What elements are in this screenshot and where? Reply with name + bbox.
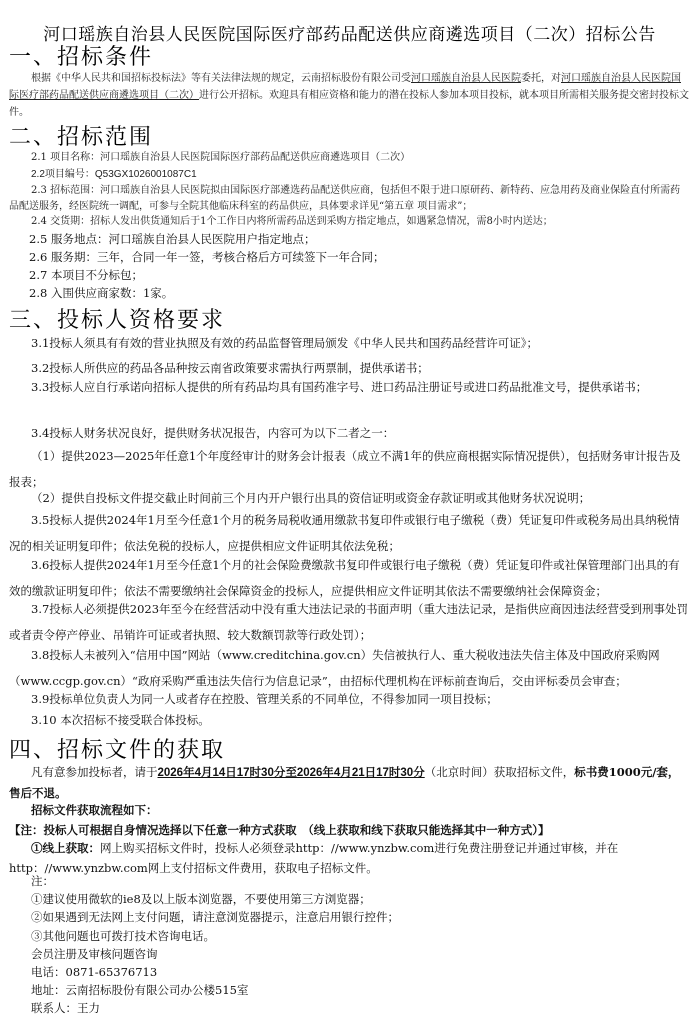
- contact-heading: 会员注册及审核问题咨询: [31, 945, 158, 963]
- section-1-intro: 根据《中华人民共和国招标投标法》等有关法律法规的规定，云南招标股份有限公司受河口…: [9, 70, 689, 121]
- period-text: （北京时间）获取招标文件，: [425, 765, 575, 779]
- scope-item: 2.4 交货期：招标人发出供货通知后于1个工作日内将所需药品送到采购方指定地点，…: [31, 215, 553, 229]
- intro-text: 委托，对: [521, 73, 561, 84]
- note-item: ①建议使用微软的ie8及以上版本浏览器，不要使用第三方浏览器；: [31, 890, 371, 908]
- announcement-page: 河口瑶族自治县人民医院国际医疗部药品配送供应商遴选项目（二次）招标公告 一、招标…: [0, 0, 699, 1036]
- section-heading-4: 四、招标文件的获取: [9, 733, 225, 764]
- process-note: 【注：投标人可根据自身情况选择以下任意一种方式获取 （线上获取和线下获取只能选择…: [9, 823, 550, 837]
- online-text: 网上购买招标文件时，投标人必须登录http：//www.ynzbw.com进行免…: [9, 841, 618, 875]
- online-label: ①线上获取：: [31, 841, 100, 855]
- qualification-item: 3.7投标人必须提供2023年至今在经营活动中没有重大违法记录的书面声明（重大违…: [9, 596, 689, 648]
- scope-item: 2.8 入围供应商家数：1家。: [29, 285, 173, 301]
- process-paragraph: 招标文件获取流程如下：【注：投标人可根据自身情况选择以下任意一种方式获取 （线上…: [9, 800, 689, 840]
- scope-item: 2.5 服务地点：河口瑶族自治县人民医院用户指定地点；: [29, 231, 315, 247]
- scope-item: 2.2项目编号：Q53GX1026001087C1: [31, 168, 197, 182]
- acquisition-period-paragraph: 凡有意参加投标者，请于2026年4月14日17时30分至2026年4月21日17…: [9, 762, 689, 803]
- qualification-item: 3.3投标人应自行承诺向招标人提供的所有药品均具有国药准字号、进口药品注册证号或…: [9, 374, 689, 400]
- note-item: ②如果遇到无法网上支付问题，请注意浏览器提示，注意启用银行控件；: [31, 908, 399, 926]
- qualification-item: 3.1投标人须具有有效的营业执照及有效的药品监督管理局颁发《中华人民共和国药品经…: [9, 330, 689, 356]
- contact-phone: 电话：0871-65376713: [31, 963, 157, 981]
- online-acquisition-paragraph: ①线上获取：网上购买招标文件时，投标人必须登录http：//www.ynzbw.…: [9, 838, 689, 878]
- contact-address: 地址：云南招标股份有限公司办公楼515室: [31, 981, 248, 999]
- scope-item: 2.6 服务期：三年，合同一年一签，考核合格后方可续签下一年合同；: [29, 249, 384, 265]
- scope-item: 2.1 项目名称：河口瑶族自治县人民医院国际医疗部药品配送供应商遴选项目（二次）: [31, 151, 410, 165]
- intro-text: 根据《中华人民共和国招标投标法》等有关法律法规的规定，云南招标股份有限公司受: [31, 73, 411, 84]
- scope-item: 2.3 招标范围：河口瑶族自治县人民医院拟由国际医疗部遴选药品配送供应商，包括但…: [9, 183, 689, 215]
- note-item: ③其他问题也可拨打技术咨询电话。: [31, 927, 215, 945]
- acquisition-period: 2026年4月14日17时30分至2026年4月21日17时30分: [158, 767, 425, 779]
- section-heading-1: 一、招标条件: [9, 40, 153, 71]
- note-heading: 注：: [31, 872, 54, 890]
- client-name: 河口瑶族自治县人民医院: [411, 73, 521, 84]
- section-heading-2: 二、招标范围: [9, 120, 153, 151]
- qualification-item: 3.10 本次招标不接受联合体投标。: [9, 707, 689, 733]
- period-text: 凡有意参加投标者，请于: [31, 765, 158, 779]
- scope-item: 2.7 本项目不分标包；: [29, 267, 143, 283]
- contact-person: 联系人：王力: [31, 999, 100, 1017]
- process-label: 招标文件获取流程如下：: [31, 803, 158, 817]
